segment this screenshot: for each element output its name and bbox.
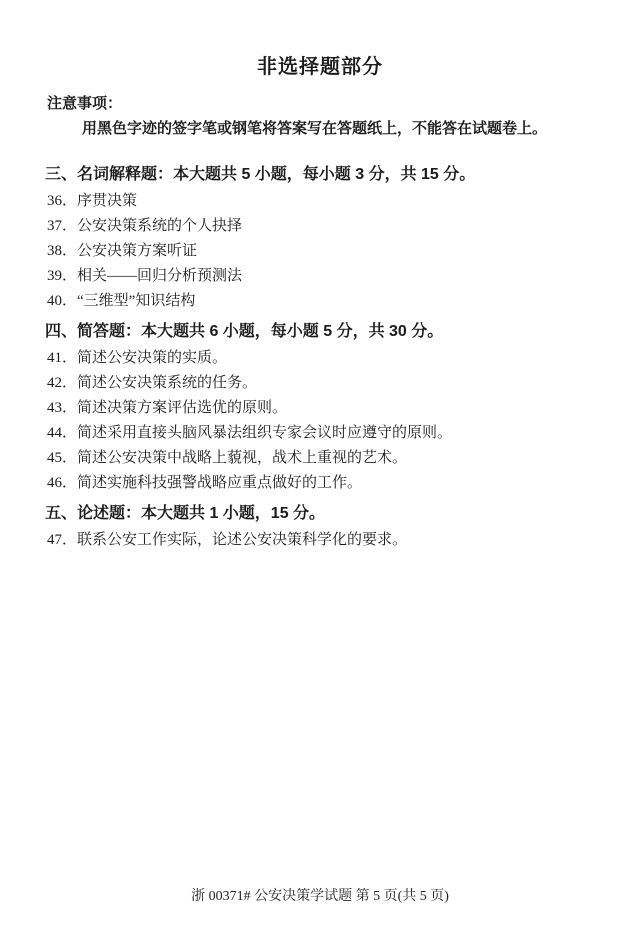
question-item-41: 41． 简述公安决策的实质。 <box>47 350 640 367</box>
question-item-40: 40． “三维型”知识结构 <box>47 293 640 310</box>
question-text: 相关——回归分析预测法 <box>77 268 640 285</box>
question-number: 42． <box>47 375 77 392</box>
question-number: 39． <box>47 268 77 285</box>
notice-heading: 注意事项： <box>47 95 640 113</box>
question-number: 38． <box>47 243 77 260</box>
question-number: 44． <box>47 425 77 442</box>
question-item-46: 46． 简述实施科技强警战略应重点做好的工作。 <box>47 475 640 492</box>
question-text: 简述公安决策中战略上藐视，战术上重视的艺术。 <box>77 450 640 467</box>
question-item-44: 44． 简述采用直接头脑风暴法组织专家会议时应遵守的原则。 <box>47 425 640 442</box>
question-text: 简述实施科技强警战略应重点做好的工作。 <box>77 475 640 492</box>
question-item-45: 45． 简述公安决策中战略上藐视，战术上重视的艺术。 <box>47 450 640 467</box>
question-text: 公安决策方案听证 <box>77 243 640 260</box>
question-text: 公安决策系统的个人抉择 <box>77 218 640 235</box>
page-title: 非选择题部分 <box>0 0 640 79</box>
question-text: 序贯决策 <box>77 193 640 210</box>
page-footer: 浙 00371# 公安决策学试题 第 5 页(共 5 页) <box>0 888 640 906</box>
question-number: 40． <box>47 293 77 310</box>
question-text: 简述决策方案评估选优的原则。 <box>77 400 640 417</box>
question-item-42: 42． 简述公安决策系统的任务。 <box>47 375 640 392</box>
question-number: 37． <box>47 218 77 235</box>
notice-text: 用黑色字迹的签字笔或钢笔将答案写在答题纸上，不能答在试题卷上。 <box>82 120 640 139</box>
question-item-43: 43． 简述决策方案评估选优的原则。 <box>47 400 640 417</box>
question-number: 46． <box>47 475 77 492</box>
section-heading-5: 五、论述题：本大题共 1 小题，15 分。 <box>45 504 640 524</box>
question-number: 41． <box>47 350 77 367</box>
question-text: 简述公安决策的实质。 <box>77 350 640 367</box>
question-item-38: 38． 公安决策方案听证 <box>47 243 640 260</box>
question-number: 36． <box>47 193 77 210</box>
question-number: 43． <box>47 400 77 417</box>
section-heading-3: 三、名词解释题：本大题共 5 小题，每小题 3 分，共 15 分。 <box>45 165 640 185</box>
question-item-36: 36． 序贯决策 <box>47 193 640 210</box>
question-item-37: 37． 公安决策系统的个人抉择 <box>47 218 640 235</box>
question-text: 简述公安决策系统的任务。 <box>77 375 640 392</box>
question-item-39: 39． 相关——回归分析预测法 <box>47 268 640 285</box>
section-heading-4: 四、简答题：本大题共 6 小题，每小题 5 分，共 30 分。 <box>45 322 640 342</box>
exam-page: 非选择题部分 注意事项： 用黑色字迹的签字笔或钢笔将答案写在答题纸上，不能答在试… <box>0 0 640 940</box>
question-number: 45． <box>47 450 77 467</box>
question-text: 简述采用直接头脑风暴法组织专家会议时应遵守的原则。 <box>77 425 640 442</box>
question-number: 47． <box>47 532 77 549</box>
question-text: “三维型”知识结构 <box>77 293 640 310</box>
question-text: 联系公安工作实际，论述公安决策科学化的要求。 <box>77 532 640 549</box>
question-item-47: 47． 联系公安工作实际，论述公安决策科学化的要求。 <box>47 532 640 549</box>
